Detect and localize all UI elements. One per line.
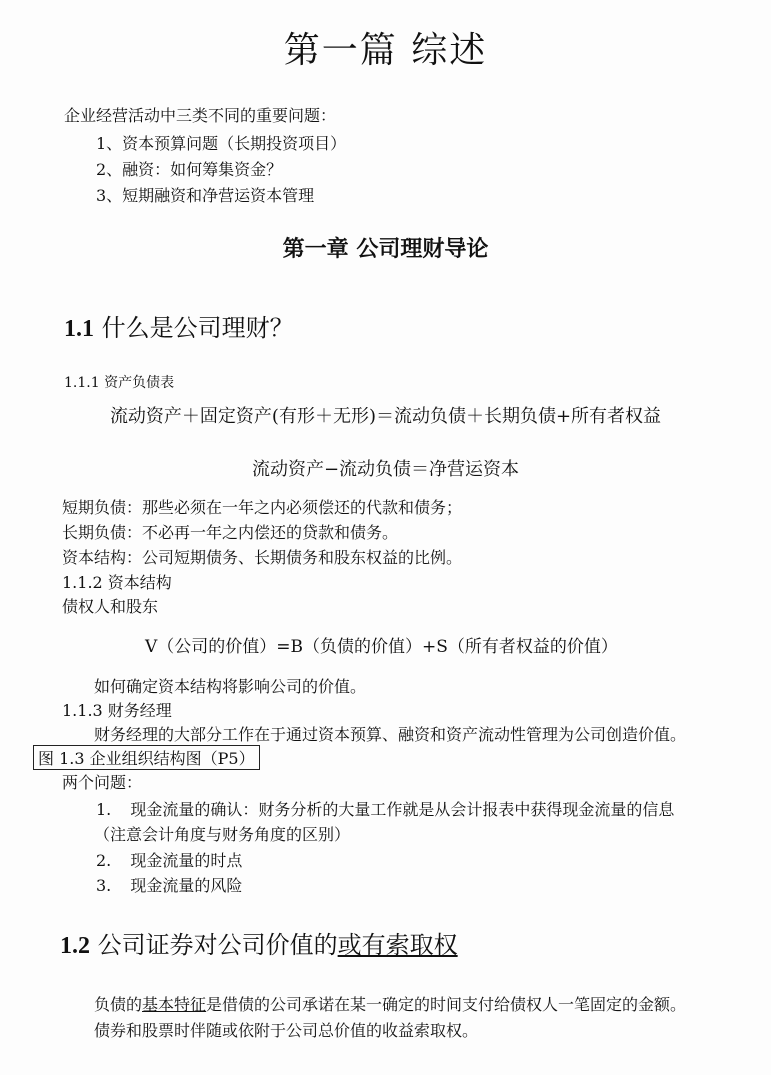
intro-item: 3、短期融资和净营运资本管理 [96, 183, 314, 206]
debt-text-underlined: 基本特征 [142, 995, 206, 1014]
question-number: 1. [96, 800, 111, 819]
definition-long-term: 长期负债：不必再一年之内偿还的贷款和债务。 [62, 520, 398, 543]
figure-reference: 图 1.3 企业组织结构图（P5） [33, 745, 260, 770]
question-item: 2. 现金流量的时点 [96, 848, 242, 871]
question-number: 3. [96, 876, 111, 895]
intro-item: 1、资本预算问题（长期投资项目） [96, 131, 346, 154]
section-title: 什么是公司理财？ [102, 314, 294, 342]
definition-capital-structure: 资本结构：公司短期债务、长期债务和股东权益的比例。 [62, 545, 462, 568]
question-note: （注意会计角度与财务角度的区别） [94, 822, 350, 845]
working-capital-formula: 流动资产−流动负债＝净营运资本 [0, 455, 771, 481]
debt-text: 负债的 [94, 995, 142, 1014]
manager-text: 财务经理的大部分工作在于通过资本预算、融资和资产流动性管理为公司创造价值。 [94, 722, 686, 745]
intro-lead: 企业经营活动中三类不同的重要问题： [64, 103, 336, 126]
question-text: 现金流量的风险 [130, 876, 242, 895]
subsection-1-1-1: 1.1.1 资产负债表 [64, 372, 174, 392]
section-1-2-heading: 1.2 公司证券对公司价值的或有索取权 [60, 925, 458, 960]
debt-paragraph: 负债的基本特征是借债的公司承诺在某一确定的时间支付给债权人一笔固定的金额。 [94, 992, 686, 1015]
question-text: 现金流量的确认：财务分析的大量工作就是从会计报表中获得现金流量的信息 [130, 800, 674, 819]
intro-item: 2、融资：如何筹集资金？ [96, 157, 282, 180]
section-number: 1.2 [60, 933, 90, 959]
definition-short-term: 短期负债：那些必须在一年之内必须偿还的代款和债务； [62, 495, 462, 518]
securities-paragraph: 债券和股票时伴随或依附于公司总价值的收益索取权。 [94, 1018, 478, 1041]
capital-structure-note: 如何确定资本结构将影响公司的价值。 [94, 674, 366, 697]
question-text: 现金流量的时点 [130, 851, 242, 870]
part-title: 第一篇 综述 [0, 22, 771, 73]
subsection-1-1-3: 1.1.3 财务经理 [62, 698, 172, 721]
section-1-1-heading: 1.1 什么是公司理财？ [64, 308, 294, 343]
section-number: 1.1 [64, 316, 94, 342]
subsection-1-1-2: 1.1.2 资本结构 [62, 570, 172, 593]
debt-text: 是借债的公司承诺在某一确定的时间支付给债权人一笔固定的金额。 [206, 995, 686, 1014]
balance-sheet-formula: 流动资产＋固定资产(有形＋无形)＝流动负债＋长期负债+所有者权益 [0, 402, 771, 428]
question-number: 2. [96, 851, 111, 870]
creditors-line: 债权人和股东 [62, 594, 158, 617]
firm-value-formula: V（公司的价值）=B（负债的价值）+S（所有者权益的价值） [145, 632, 618, 657]
chapter-title: 第一章 公司理财导论 [0, 232, 771, 263]
section-title: 公司证券对公司价值的 [98, 931, 338, 959]
question-item: 1. 现金流量的确认：财务分析的大量工作就是从会计报表中获得现金流量的信息 [96, 797, 674, 820]
question-item: 3. 现金流量的风险 [96, 873, 242, 896]
section-title-underlined: 或有索取权 [338, 931, 458, 959]
two-questions-label: 两个问题： [62, 770, 142, 793]
